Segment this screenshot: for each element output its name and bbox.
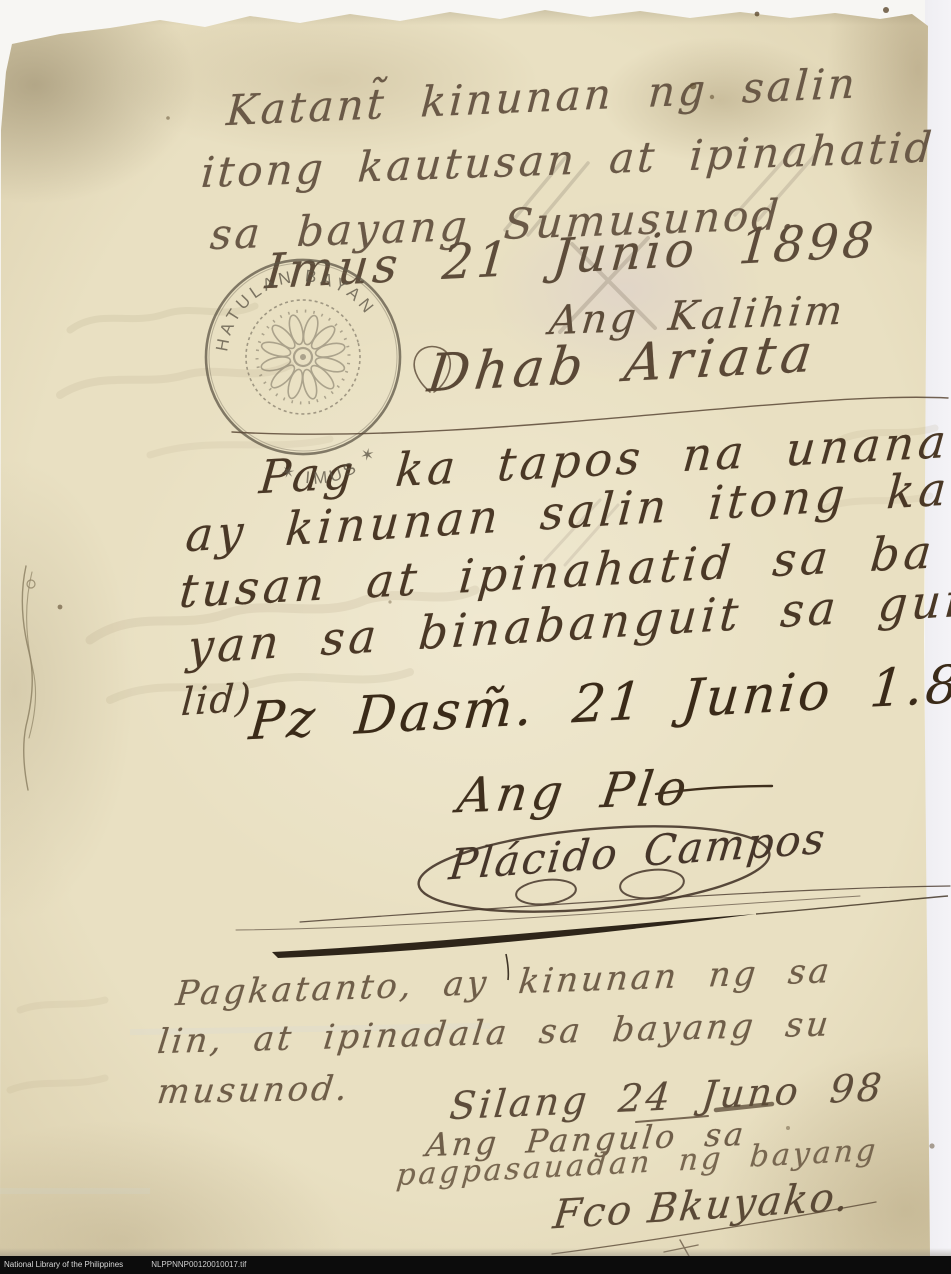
president-title: Ang Plo [454, 760, 694, 824]
library-name: National Library of the Philippines [4, 1256, 123, 1274]
handwritten-line: musunod. [155, 1069, 352, 1112]
handwritten-line-margin: lid) [180, 675, 254, 724]
scanner-background-strip [925, 0, 951, 1258]
file-id: NLPPNNP00120010017.tif [151, 1256, 246, 1274]
footer-bar: National Library of the Philippines NLPP… [0, 1256, 951, 1274]
